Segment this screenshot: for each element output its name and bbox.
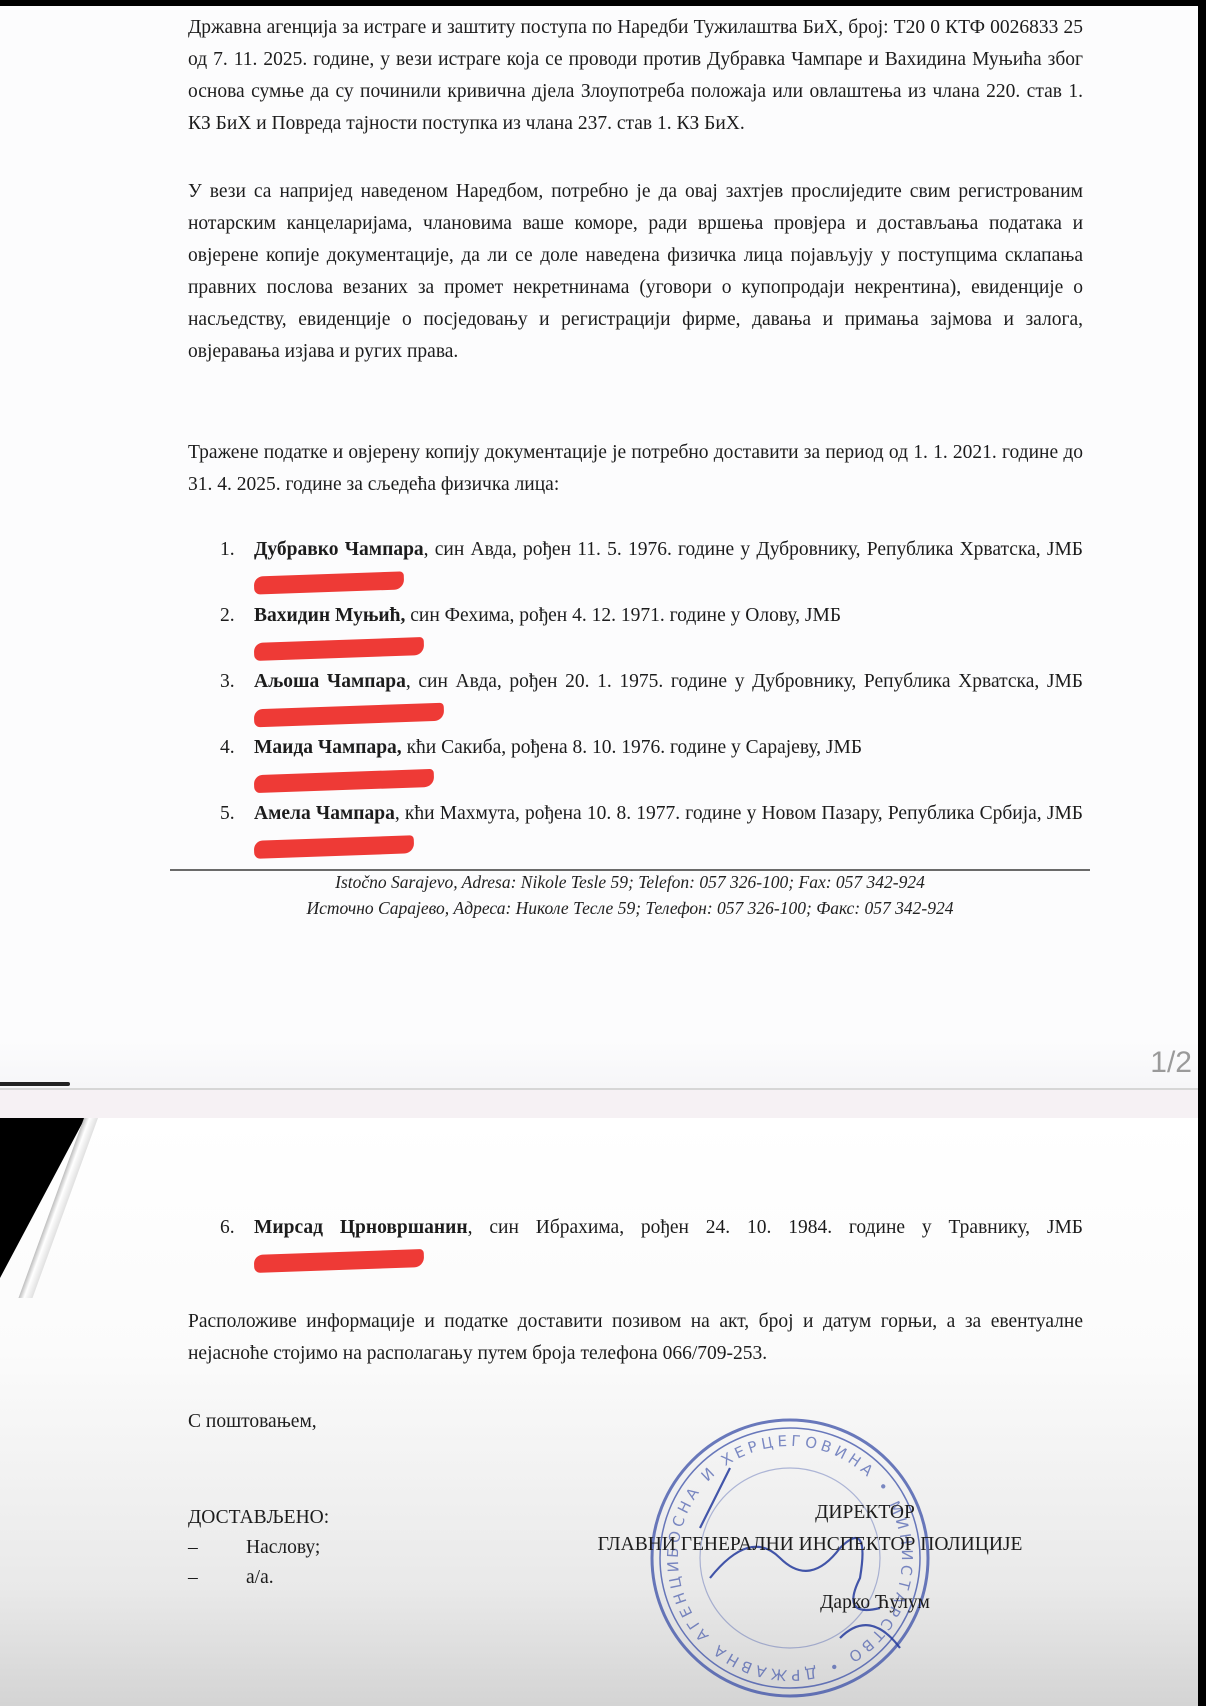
paragraph-closing: Расположиве информације и податке достав… bbox=[188, 1306, 1083, 1370]
signatory-name: Дарко Ћулум bbox=[530, 1587, 1090, 1619]
footer-address-latin: Istočno Sarajevo, Adresa: Nikole Tesle 5… bbox=[170, 872, 1090, 893]
person-details: , син Ибрахима, рођен 24. 10. 1984. годи… bbox=[468, 1217, 1083, 1238]
footer-address-cyrillic: Источно Сарајево, Адреса: Николе Тесле 5… bbox=[170, 898, 1090, 919]
list-item: 6. Мирсад Црновршанин, син Ибрахима, рођ… bbox=[210, 1212, 1083, 1276]
paragraph-period: Тражене податке и овјерену копију докуме… bbox=[188, 437, 1083, 501]
person-name: Маида Чампара, bbox=[254, 737, 402, 758]
delivered-item: –а/а. bbox=[188, 1563, 329, 1593]
list-item: 3. Аљоша Чампара, син Авда, рођен 20. 1.… bbox=[210, 666, 1083, 730]
person-details: син Фехима, рођен 4. 12. 1971. године у … bbox=[405, 605, 841, 626]
redaction-mark bbox=[254, 768, 435, 792]
list-item: 4. Маида Чампара, кћи Сакиба, рођена 8. … bbox=[210, 732, 1083, 796]
paragraph-intro: Државна агенција за истраге и заштиту по… bbox=[188, 12, 1083, 140]
persons-list-page-1: 1. Дубравко Чампара, син Авда, рођен 11.… bbox=[210, 534, 1083, 864]
redaction-mark bbox=[254, 702, 445, 727]
person-name: Вахидин Муњић, bbox=[254, 605, 405, 626]
redaction-mark bbox=[254, 835, 415, 859]
redaction-mark bbox=[254, 637, 425, 661]
person-details: кћи Сакиба, рођена 8. 10. 1976. године у… bbox=[402, 737, 862, 758]
delivered-item: –Наслову; bbox=[188, 1533, 329, 1563]
page-indicator: 1/2 bbox=[1150, 1046, 1192, 1080]
salutation: С поштовањем, bbox=[188, 1406, 1083, 1438]
person-name: Аљоша Чампара bbox=[254, 671, 406, 692]
person-details: , кћи Махмута, рођена 10. 8. 1977. годин… bbox=[395, 803, 1083, 824]
delivered-label: ДОСТАВЉЕНО: bbox=[188, 1503, 329, 1533]
signature-title: ДИРЕКТОР bbox=[530, 1497, 1090, 1529]
redaction-mark bbox=[254, 571, 405, 594]
list-item: 1. Дубравко Чампара, син Авда, рођен 11.… bbox=[210, 534, 1083, 598]
page-separator bbox=[0, 1088, 1206, 1120]
person-name: Дубравко Чампара bbox=[254, 539, 424, 560]
list-item: 5. Амела Чампара, кћи Махмута, рођена 10… bbox=[210, 798, 1083, 862]
person-details: , син Авда, рођен 11. 5. 1976. године у … bbox=[424, 539, 1083, 560]
footer-divider bbox=[170, 869, 1090, 871]
redaction-mark bbox=[254, 1249, 425, 1273]
persons-list-page-2: 6. Мирсад Црновршанин, син Ибрахима, рођ… bbox=[210, 1212, 1083, 1278]
person-name: Амела Чампара bbox=[254, 803, 395, 824]
signature-position: ГЛАВНИ ГЕНЕРАЛНИ ИНСПЕКТОР ПОЛИЦИЈЕ bbox=[530, 1529, 1090, 1561]
list-item: 2. Вахидин Муњић, син Фехима, рођен 4. 1… bbox=[210, 600, 1083, 664]
page-edge-shadow bbox=[0, 1082, 70, 1086]
person-details: , син Авда, рођен 20. 1. 1975. године у … bbox=[406, 671, 1083, 692]
paragraph-request: У вези са напријед наведеном Наредбом, п… bbox=[188, 176, 1083, 368]
signature-block: ДИРЕКТОР ГЛАВНИ ГЕНЕРАЛНИ ИНСПЕКТОР ПОЛИ… bbox=[530, 1497, 1090, 1619]
page-1-bottom bbox=[0, 1040, 1198, 1088]
screen-edge bbox=[1198, 0, 1206, 1706]
delivered-to-block: ДОСТАВЉЕНО: –Наслову; –а/а. bbox=[188, 1503, 329, 1593]
person-name: Мирсад Црновршанин bbox=[254, 1217, 468, 1238]
